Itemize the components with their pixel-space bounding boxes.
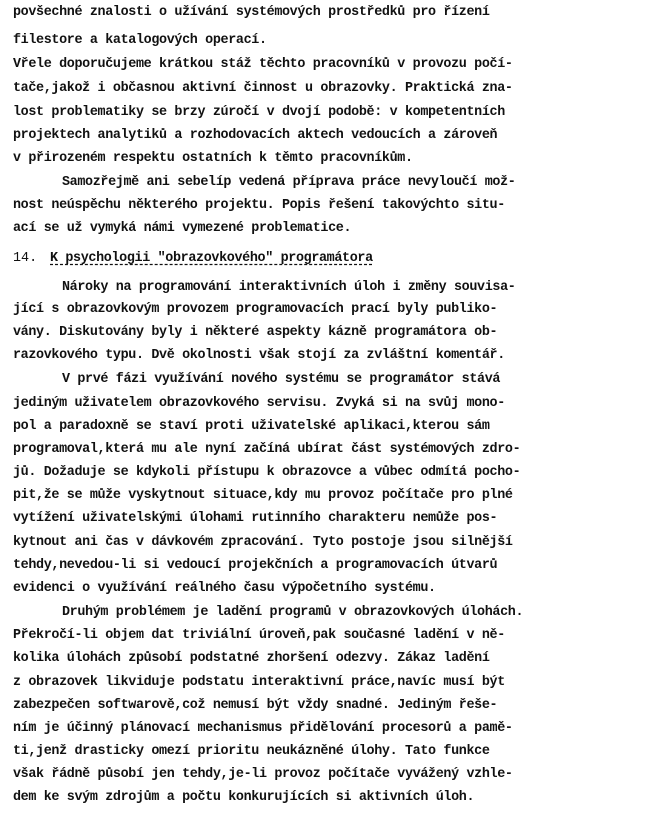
text-line: Vřele doporučujeme krátkou stáž těchto p… (13, 56, 513, 74)
text-line: kolika úlohách způsobí podstatné zhoršen… (13, 650, 490, 668)
text-line: vány. Diskutovány byly i některé aspekty… (13, 324, 497, 342)
text-line: jů. Dožaduje se kdykoli přístupu k obraz… (13, 464, 520, 482)
text-line: tače,jakož i občasnou aktivní činnost u … (13, 80, 513, 98)
text-line: programoval,která mu ale nyní začíná ubí… (13, 441, 520, 459)
typewritten-page: povšechné znalosti o užívání systémových… (0, 0, 654, 831)
text-line: V prvé fázi využívání nového systému se … (62, 371, 500, 389)
text-line: evidenci o využívání reálného času výpoč… (13, 580, 436, 598)
text-line: ti,jenž drasticky omezí prioritu neukázn… (13, 743, 490, 761)
text-line: razovkového typu. Dvě okolnosti však sto… (13, 347, 505, 365)
text-line: Druhým problémem je ladění programů v ob… (62, 604, 523, 622)
text-line: zabezpečen softwarově,což nemusí být vžd… (13, 697, 497, 715)
text-line: z obrazovek likviduje podstatu interakti… (13, 674, 505, 692)
text-line: pol a paradoxně se staví proti uživatels… (13, 418, 490, 436)
text-line: v přirozeném respektu ostatních k těmto … (13, 150, 413, 168)
text-line: ním je účinný plánovací mechanismus přid… (13, 720, 513, 738)
section-number: 14. (13, 250, 37, 268)
text-line: nost neúspěchu některého projektu. Popis… (13, 197, 505, 215)
text-line: Překročí-li objem dat triviální úroveň,p… (13, 627, 505, 645)
text-line: pit,že se může vyskytnout situace,kdy mu… (13, 487, 513, 505)
section-title: K psychologii "obrazovkového" programáto… (50, 250, 373, 268)
text-line: vytížení uživatelskými úlohami rutinního… (13, 510, 497, 528)
text-line: filestore a katalogových operací. (13, 32, 267, 50)
text-line: lost problematiky se brzy zúročí v dvojí… (13, 104, 505, 122)
text-line: Samozřejmě ani sebelíp vedená příprava p… (62, 174, 515, 192)
text-line: tehdy,nevedou-li si vedoucí projekčních … (13, 557, 497, 575)
text-line: ací se už vymyká námi vymezené problemat… (13, 220, 351, 238)
text-line: Nároky na programování interaktivních úl… (62, 279, 515, 297)
text-line: povšechné znalosti o užívání systémových… (13, 4, 490, 22)
text-line: projektech analytiků a rozhodovacích akt… (13, 127, 497, 145)
text-line: jící s obrazovkovým provozem programovac… (13, 301, 497, 319)
text-line: dem ke svým zdrojům a počtu konkurujícíc… (13, 789, 474, 807)
text-line: jediným uživatelem obrazovkového servisu… (13, 395, 505, 413)
text-line: však řádně působí jen tehdy,je-li provoz… (13, 766, 513, 784)
text-line: kytnout ani čas v dávkovém zpracování. T… (13, 534, 513, 552)
